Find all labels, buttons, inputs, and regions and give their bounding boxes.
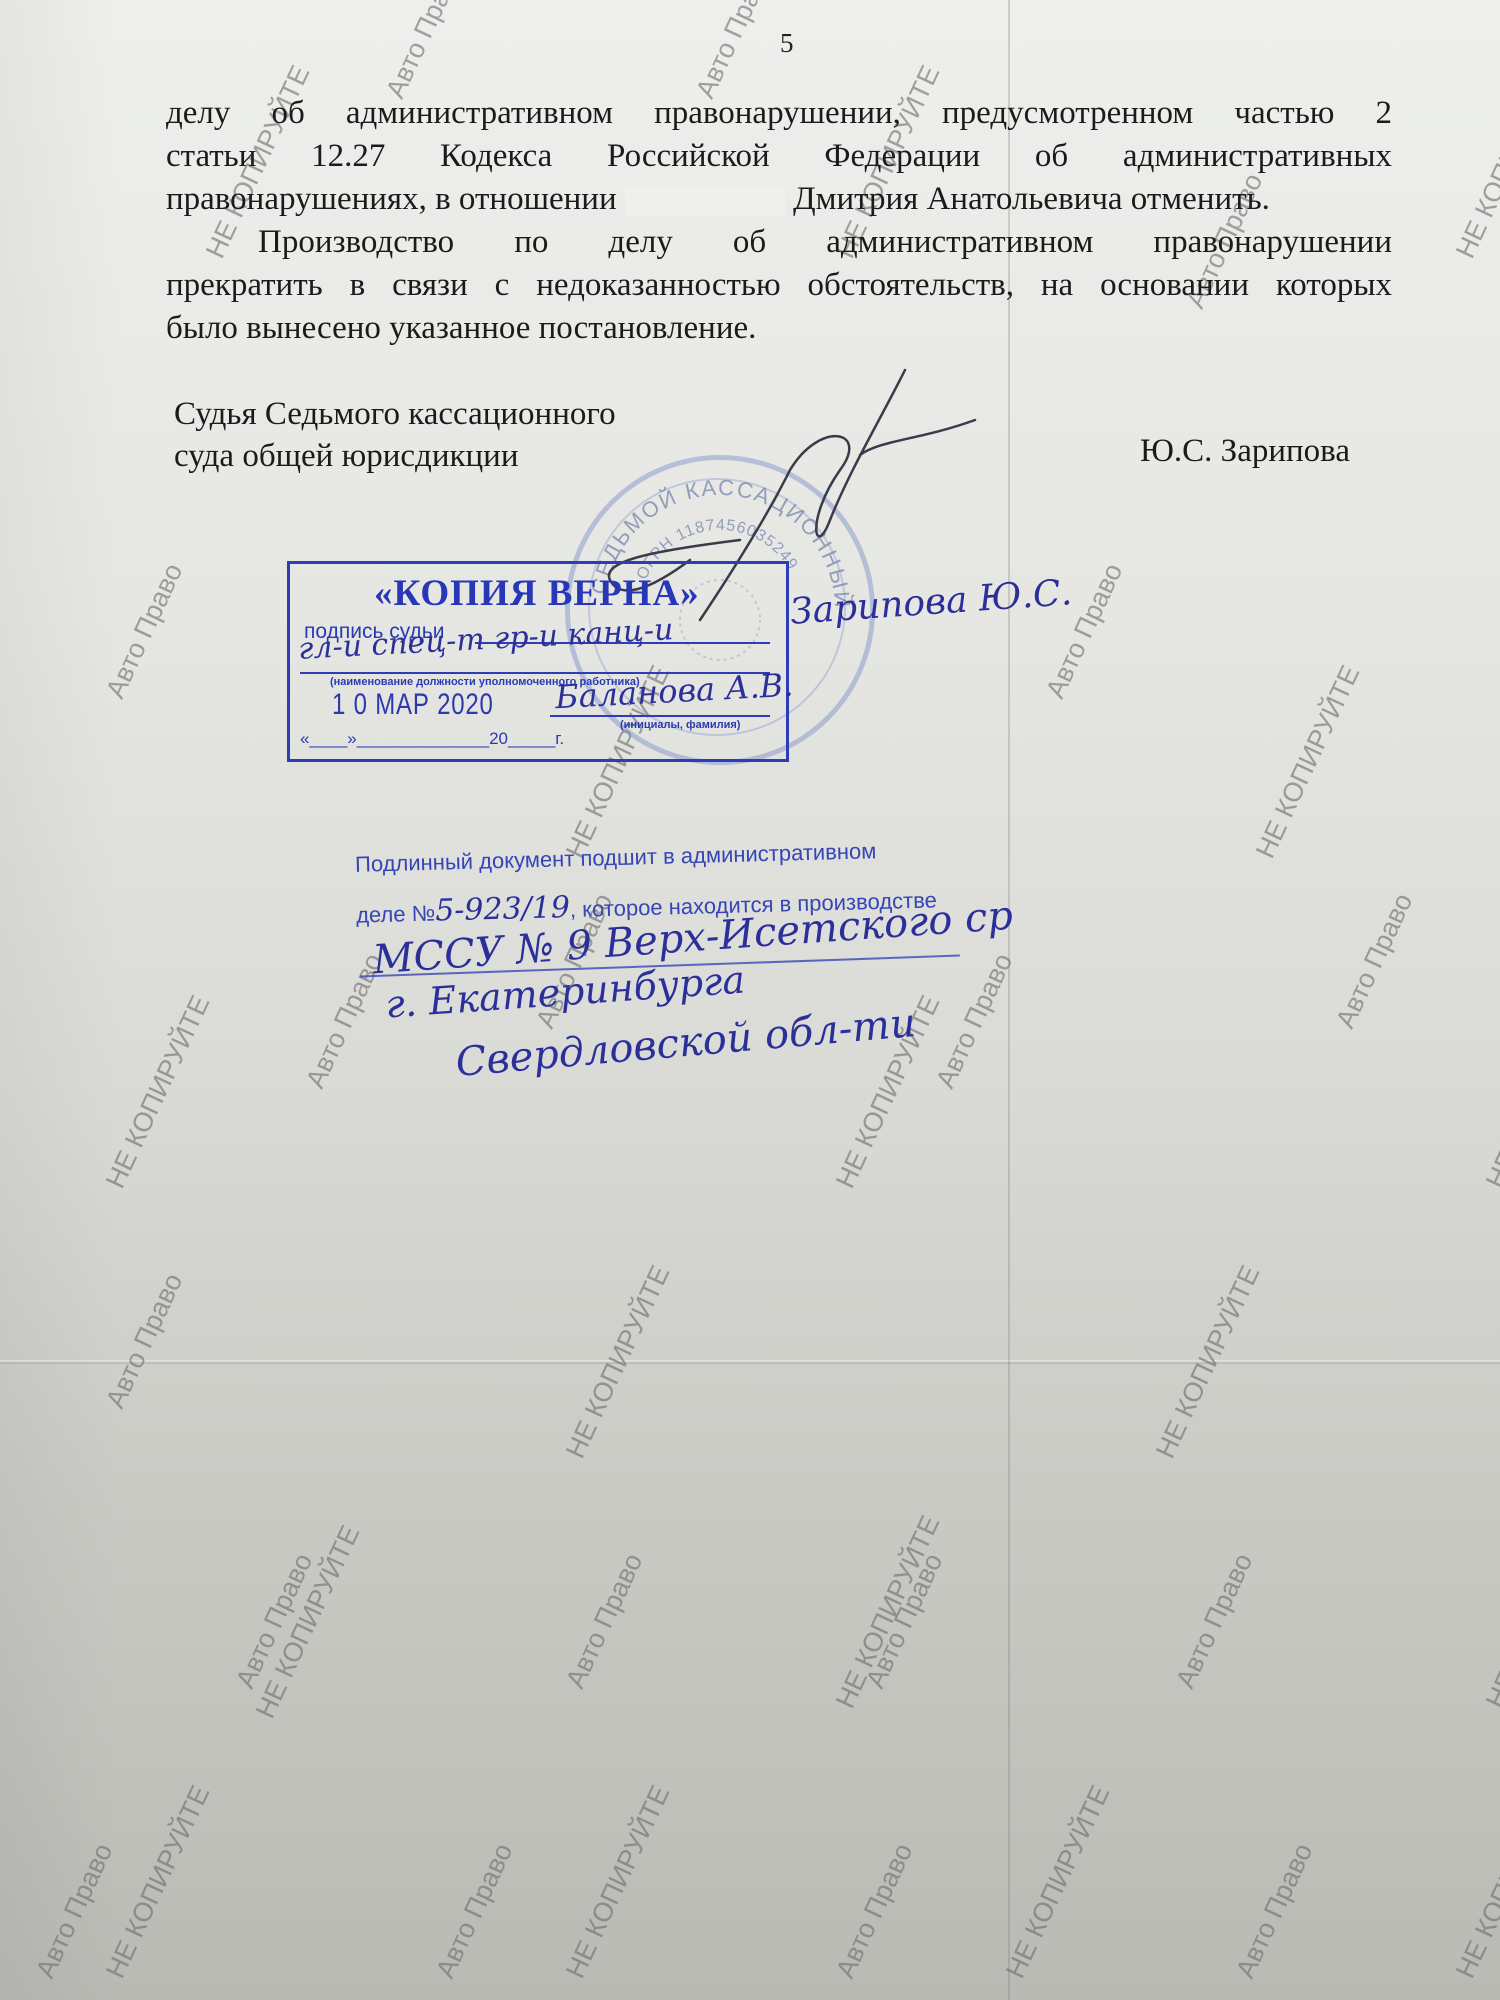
document-page: НЕ КОПИРУЙТЕНЕ КОПИРУЙТЕНЕ КОПИРУЙТЕНЕ К…: [0, 0, 1500, 2000]
stamp-date-format: «____»______________20_____г.: [300, 729, 564, 749]
stamp-title: «КОПИЯ ВЕРНА»: [374, 572, 700, 615]
judge-signature: [0, 0, 1500, 2000]
stamp-initials-caption: (инициалы, фамилия): [620, 719, 740, 731]
filing-note-prefix: деле №: [356, 901, 436, 928]
stamp-date: 1 0 МАР 2020: [332, 688, 494, 722]
stamp-initials-line: [550, 715, 770, 717]
case-number: 5-923/19: [435, 890, 571, 929]
